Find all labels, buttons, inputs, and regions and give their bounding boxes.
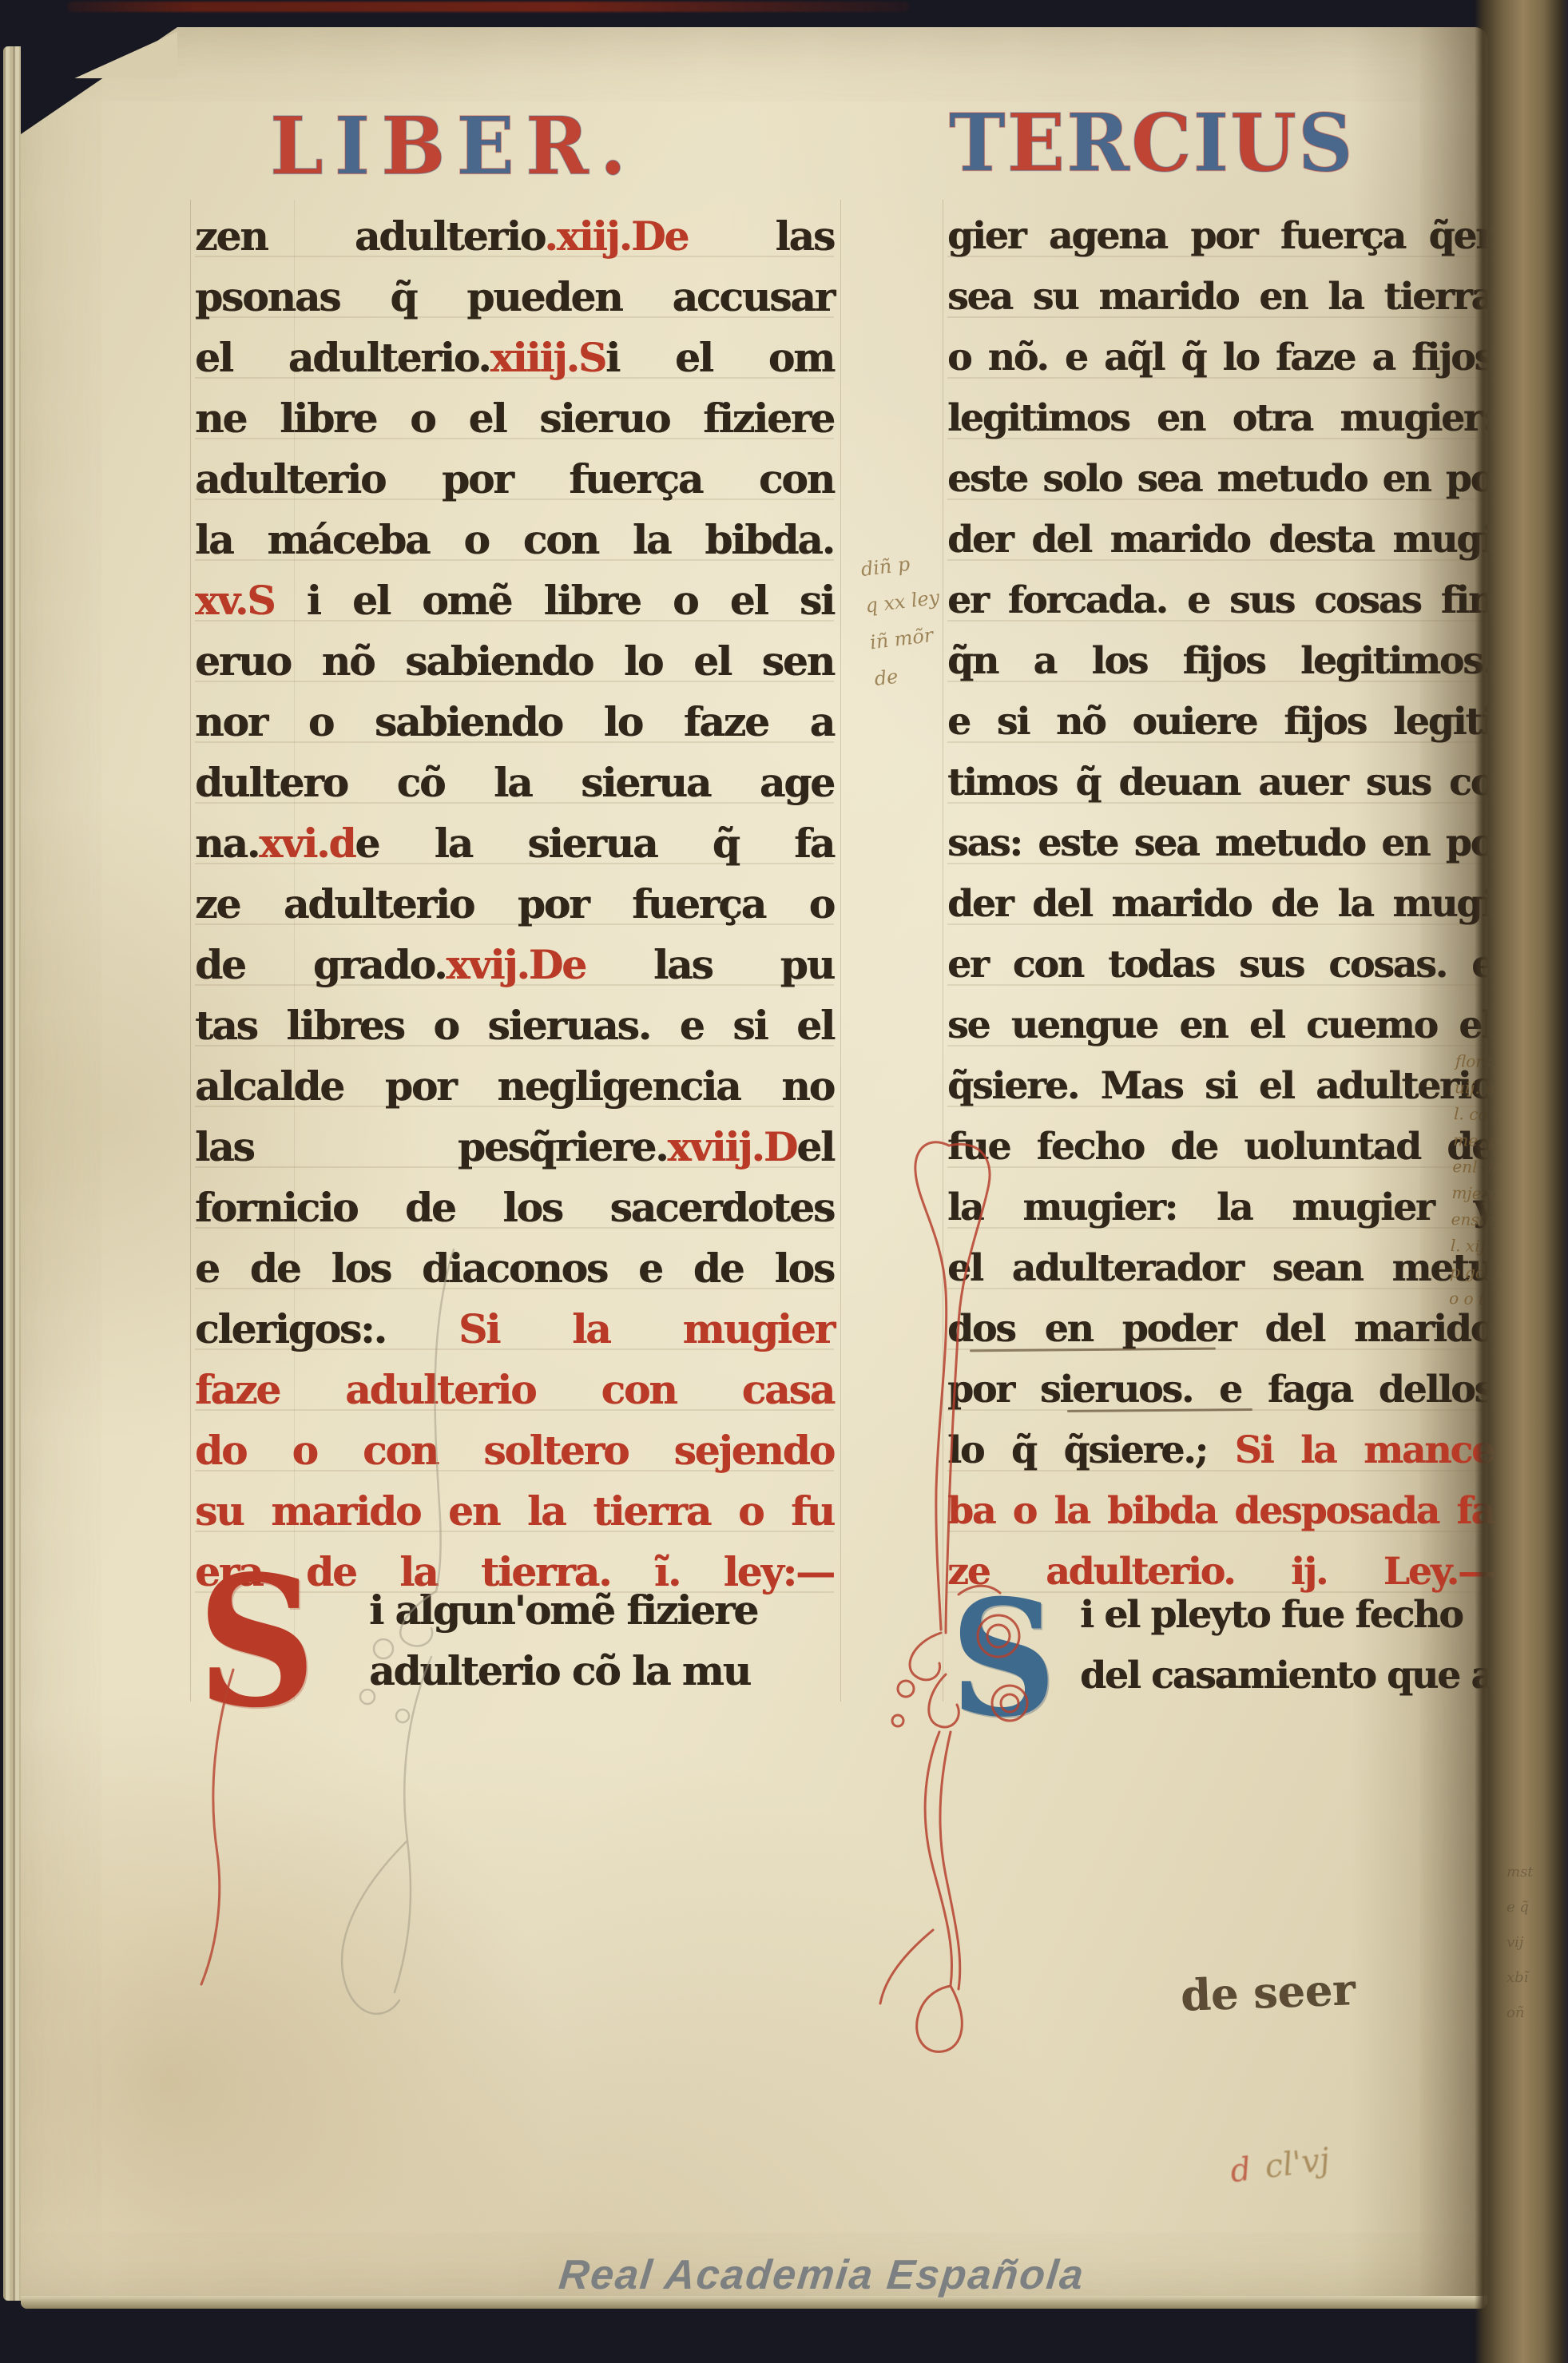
manuscript-line: este solo sea metudo en po: [947, 449, 1494, 510]
header-letter: L: [270, 100, 335, 193]
header-letter: I: [335, 100, 381, 193]
manuscript-line: nor o sabiendo lo faze a: [195, 692, 834, 753]
margin-note-line: xbĩ: [1506, 1960, 1534, 1996]
manuscript-line: o nõ. e aq̃l q̃ lo faze a fijos: [947, 328, 1494, 388]
quire-mark-brown: cl'vj: [1263, 2142, 1332, 2186]
header-letter: .: [600, 100, 637, 193]
manuscript-line: eruo nõ sabiendo lo el sen: [195, 631, 834, 692]
header-letter: E: [1007, 97, 1066, 190]
manuscript-line: faze adulterio con casa: [195, 1360, 834, 1420]
manuscript-line: la máceba o con la bibda.: [195, 510, 834, 570]
manuscript-photo: LIBER. TERCIUS zen adulterio.xiij.De las…: [0, 0, 1568, 2363]
manuscript-line: gier agena por fuerça q̃er: [947, 206, 1494, 267]
header-letter: U: [1230, 97, 1298, 190]
library-watermark: Real Academia Española: [557, 2251, 1087, 2299]
manuscript-line: psonas q̃ pueden accusar: [195, 267, 834, 328]
right-initial-text: i el pleyto fue fechodel casamiento que …: [1080, 1585, 1499, 1706]
ruling-line-vertical: [840, 200, 841, 1702]
manuscript-line: fornicio de los sacerdotes: [195, 1178, 834, 1238]
margin-note-line: mst: [1506, 1855, 1534, 1890]
header-letter: C: [1131, 97, 1193, 190]
manuscript-line: adulterio por fuerça con: [195, 449, 834, 510]
manuscript-line: adulterio cõ la mu: [369, 1641, 831, 1702]
manuscript-line: del casamiento que a: [1080, 1646, 1499, 1706]
margin-note-line: oñ: [1506, 1996, 1534, 2031]
manuscript-line: timos q̃ deuan auer sus co: [947, 753, 1494, 813]
ruling-line-vertical: [943, 200, 943, 1702]
manuscript-line: zen adulterio.xiij.De las: [195, 206, 834, 267]
header-letter: B: [381, 100, 456, 193]
header-letter: R: [526, 100, 600, 193]
manuscript-line: na.xvi.de la sierua q̃ fa: [195, 813, 834, 874]
manuscript-line: fue fecho de uoluntad de: [947, 1117, 1494, 1178]
manuscript-line: er con todas sus cosas. e: [947, 935, 1494, 995]
manuscript-line: e si nõ ouiere fijos legiti: [947, 692, 1494, 753]
manuscript-line: q̃siere. Mas si el adulterio: [947, 1056, 1494, 1117]
manuscript-line: i algun'omẽ fiziere: [369, 1580, 831, 1641]
quire-mark-red: d: [1229, 2151, 1253, 2190]
manuscript-line: do o con soltero sejendo: [195, 1420, 834, 1481]
header-letter: I: [1193, 97, 1230, 190]
manuscript-line: clerigos:. Si la mugier: [195, 1299, 834, 1360]
manuscript-line: ne libre o el sieruo fiziere: [195, 388, 834, 449]
manuscript-line: su marido en la tierra o fu: [195, 1481, 834, 1542]
manuscript-line: er forcada. e sus cosas fin: [947, 570, 1494, 631]
manuscript-line: e de los diaconos e de los: [195, 1238, 834, 1299]
decorated-initial-red-s: S: [197, 1563, 317, 1722]
manuscript-line: tas libres o sieruas. e si el: [195, 995, 834, 1056]
header-letter: S: [1298, 97, 1355, 190]
manuscript-line: sas: este sea metudo en po: [947, 813, 1494, 874]
manuscript-line: xv.S i el omẽ libre o el si: [195, 570, 834, 631]
manuscript-line: se uengue en el cuemo el: [947, 995, 1494, 1056]
header-letter: R: [1066, 97, 1131, 190]
header-letter: T: [949, 97, 1007, 190]
manuscript-line: der del marido de la mugi: [947, 874, 1494, 935]
edge-scribbles: mste q̃vijxbĩoñ: [1506, 1855, 1534, 2031]
catchword: de seer: [1180, 1964, 1356, 2021]
manuscript-line: legitimos en otra mugier:: [947, 388, 1494, 449]
manuscript-line: las pesq̃riere.xviij.Del: [195, 1117, 834, 1178]
book-title-liber: LIBER.: [270, 100, 637, 193]
manuscript-line: ba o la bibda desposada fa: [947, 1481, 1494, 1542]
ruling-line-vertical: [190, 200, 191, 1702]
top-edge-red-streak: [67, 2, 909, 12]
manuscript-line: el adulterador sean metu: [947, 1238, 1494, 1299]
decorated-initial-blue-s: S: [951, 1587, 1057, 1732]
manuscript-line: sea su marido en la tierra: [947, 267, 1494, 328]
manuscript-line: ze adulterio por fuerça o: [195, 874, 834, 935]
manuscript-line: la mugier: la mugier ý: [947, 1178, 1494, 1238]
left-initial-text: i algun'omẽ fiziereadulterio cõ la mu: [369, 1580, 831, 1702]
manuscript-line: der del marido desta mugi: [947, 510, 1494, 570]
header-letter: E: [457, 100, 526, 193]
manuscript-line: q̃n a los fijos legitimos.: [947, 631, 1494, 692]
text-column-right: gier agena por fuerça q̃ersea su marido …: [947, 206, 1494, 1602]
manuscript-line: i el pleyto fue fecho: [1080, 1585, 1499, 1646]
book-title-tercius: TERCIUS: [949, 97, 1355, 190]
manuscript-line: dultero cõ la sierua age: [195, 753, 834, 813]
margin-note-line: e q̃: [1506, 1890, 1534, 1925]
manuscript-line: por sieruos. e faga dellos: [947, 1360, 1494, 1420]
margin-note-line: vij: [1506, 1925, 1534, 1960]
manuscript-line: lo q̃ q̃siere.; Si la mance: [947, 1420, 1494, 1481]
manuscript-line: alcalde por negligencia no: [195, 1056, 834, 1117]
manuscript-line: de grado.xvij.De las pu: [195, 935, 834, 995]
manuscript-line: el adulterio.xiiij.Si el om: [195, 328, 834, 388]
text-column-left: zen adulterio.xiij.De laspsonas q̃ puede…: [195, 206, 834, 1602]
